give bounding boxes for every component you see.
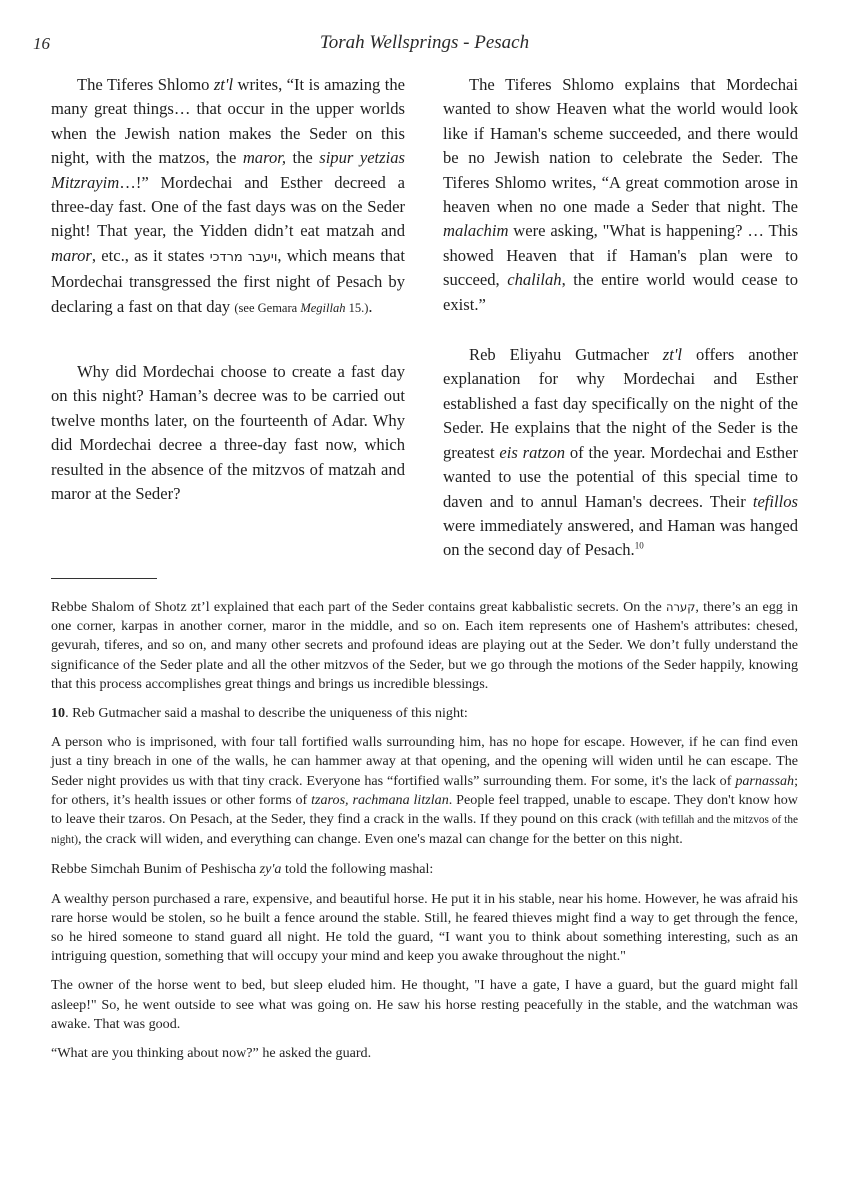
running-title: Torah Wellsprings - Pesach [0, 32, 849, 54]
right-column: The Tiferes Shlomo explains that Mordech… [443, 73, 798, 563]
footnotes: Rebbe Shalom of Shotz zt’l explained tha… [51, 598, 798, 1073]
paragraph-reb-gutmacher: Reb Eliyahu Gutmacher zt'l offers anothe… [443, 343, 798, 563]
footnote-10-owner-checks: The owner of the horse went to bed, but … [51, 976, 798, 1034]
footnote-reference[interactable]: 10 [635, 541, 644, 551]
footnote-10-prisoner-mashal: A person who is imprisoned, with four ta… [51, 733, 798, 850]
footnote-continued: Rebbe Shalom of Shotz zt’l explained tha… [51, 598, 798, 694]
paragraph-why-mordechai: Why did Mordechai choose to create a fas… [51, 360, 405, 506]
footnote-number: 10 [51, 705, 65, 721]
footnote-separator [51, 578, 157, 579]
footnote-10-peshischa-intro: Rebbe Simchah Bunim of Peshischa zy'a to… [51, 860, 798, 879]
paragraph-tiferes-shlomo-writes: The Tiferes Shlomo zt'l writes, “It is a… [51, 73, 405, 320]
hebrew-quote: ויעבר מרדכי [210, 250, 278, 265]
footnote-10-question: “What are you thinking about now?” he as… [51, 1044, 798, 1063]
footnote-10-intro: 10. Reb Gutmacher said a mashal to descr… [51, 704, 798, 723]
citation: (see Gemara Megillah 15.) [234, 301, 368, 315]
hebrew-term: קערה [666, 600, 695, 614]
paragraph-tiferes-shlomo-explains: The Tiferes Shlomo explains that Mordech… [443, 73, 798, 317]
left-column: The Tiferes Shlomo zt'l writes, “It is a… [51, 73, 405, 507]
footnote-10-horse-mashal: A wealthy person purchased a rare, expen… [51, 890, 798, 967]
